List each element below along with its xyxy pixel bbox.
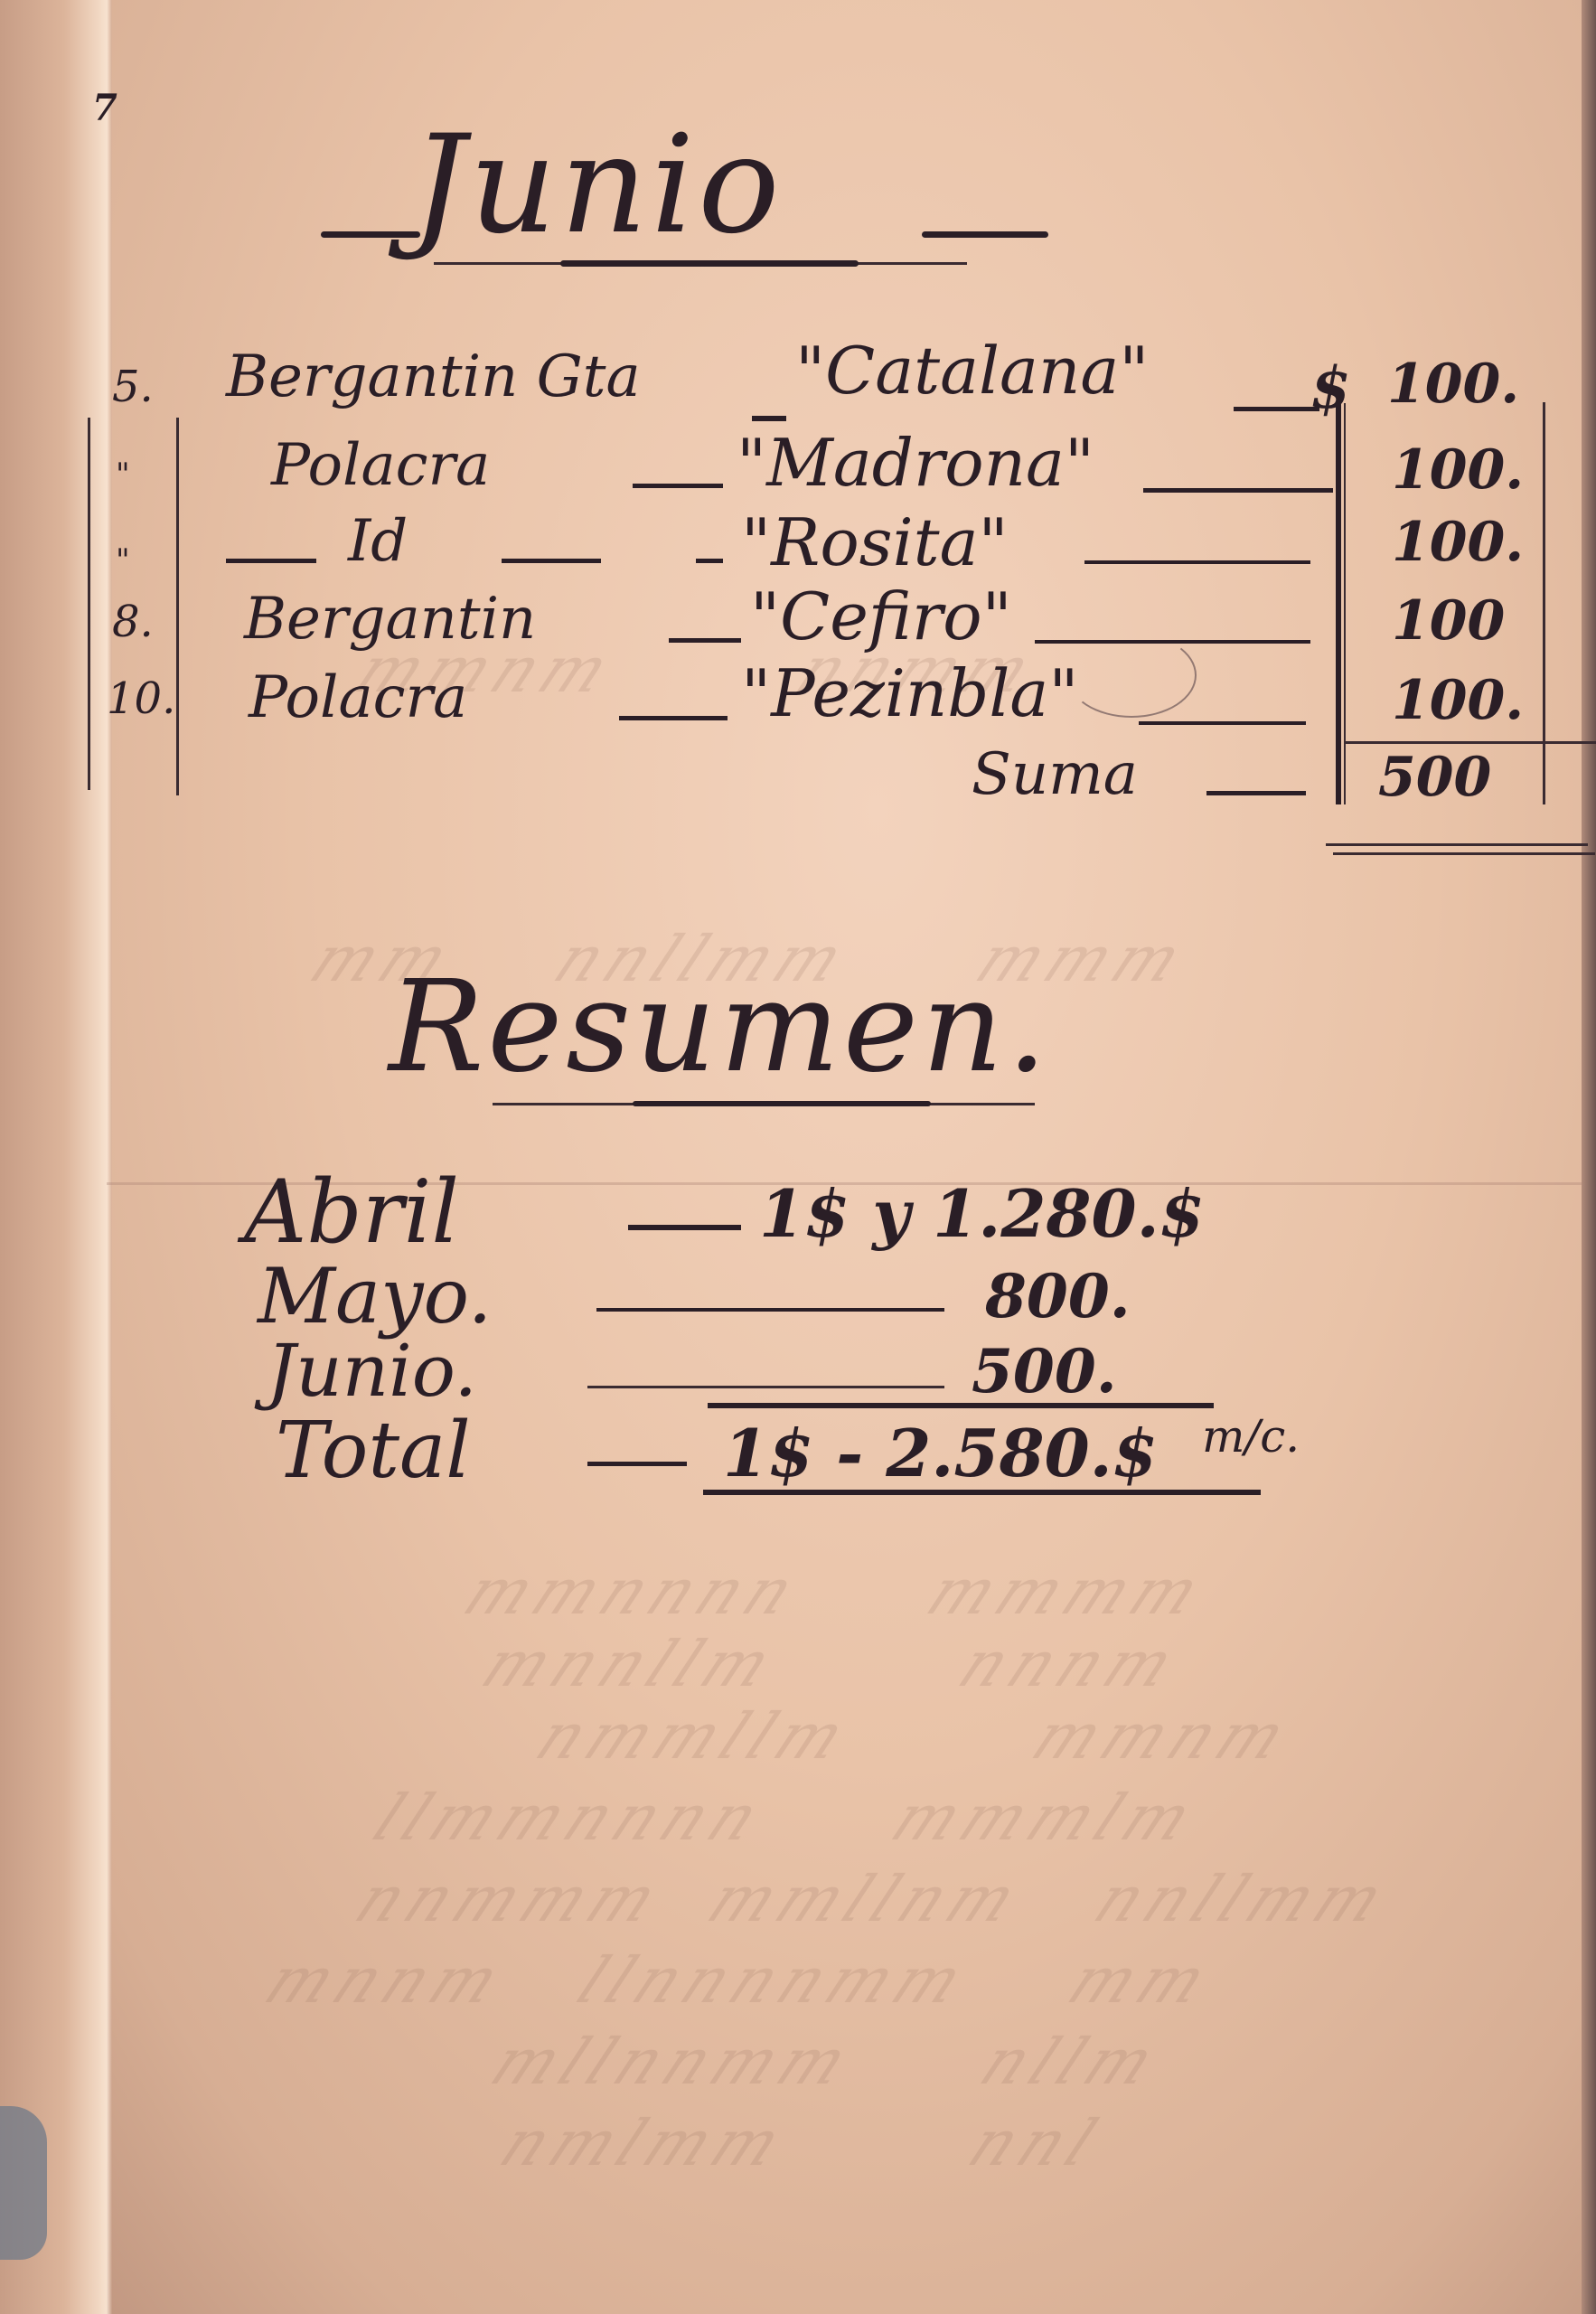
sum-leader-line [1206, 791, 1306, 795]
amount-column-rule-left [1336, 403, 1341, 804]
vertical-fold [107, 0, 112, 2314]
summary-leader-line [628, 1225, 741, 1230]
title-dash-right [922, 231, 1048, 238]
vessel-name: "Catalana" [795, 333, 1149, 409]
bleed-through-text: nmmllm mmnm [525, 1699, 1305, 1773]
row-leader-line [1084, 560, 1310, 564]
sum-value: 500 [1378, 746, 1491, 809]
row-dash [226, 559, 316, 563]
bleed-through-text: mllnnmm nllm [480, 2025, 1174, 2099]
vessel-type: Polacra [271, 432, 490, 499]
total-value: 1$ - 2.580.$ [723, 1415, 1158, 1491]
document-page: mmnnnn mmmm mnnllm nnnm nmmllm mmnm llmm… [0, 0, 1596, 2314]
double-underline-top [1326, 843, 1588, 846]
vessel-name: "Cefiro" [750, 578, 1012, 654]
title-dash-left [321, 231, 420, 238]
vessel-name: "Rosita" [741, 504, 1009, 580]
amount: 100. [1392, 438, 1524, 502]
vessel-type: Polacra [249, 664, 467, 731]
vessel-type: Bergantin [244, 586, 536, 653]
row-leader-line [1234, 407, 1319, 411]
summary-value: 1$ y 1.280.$ [759, 1175, 1205, 1252]
sum-label: Suma [972, 741, 1138, 808]
double-underline-bottom [1333, 852, 1595, 855]
row-dash [633, 484, 723, 488]
summary-value: 500. [972, 1336, 1117, 1406]
resumen-underline [633, 1101, 931, 1106]
row-dash [502, 559, 601, 563]
bleed-through-text: mmnnnn mmmm [453, 1555, 1219, 1629]
bleed-through-text: mnnm llnnnnmm mm [254, 1943, 1226, 2018]
day-ditto: " [116, 542, 130, 578]
day-number: 10. [107, 673, 175, 724]
corner-mark: 7 [92, 87, 117, 123]
amount-column-rule-right [1543, 402, 1545, 804]
row-dash [696, 559, 723, 563]
bleed-through-text: mnnllm nnnm [471, 1627, 1193, 1701]
amount: 100. [1387, 353, 1519, 416]
amount-column-rule-left-inner [1344, 403, 1346, 804]
junio-title: Junio [411, 107, 784, 264]
day-ditto: " [116, 456, 130, 493]
bleed-through-text: llmmnnnn mmmlm [362, 1781, 1211, 1855]
total-box-top [708, 1403, 1214, 1408]
vessel-name: "Madrona" [737, 425, 1094, 501]
summary-month: Mayo. [258, 1252, 492, 1340]
page-right-edge [1582, 0, 1596, 2314]
total-leader-line [587, 1462, 687, 1466]
amount: 100 [1392, 589, 1505, 653]
flourish-swash [1066, 633, 1197, 718]
margin-line-right [176, 418, 179, 795]
summary-leader-line [587, 1386, 944, 1388]
row-dash [752, 416, 786, 421]
row-dash [669, 638, 741, 643]
summary-value: 800. [985, 1261, 1131, 1331]
total-box-bottom [703, 1490, 1261, 1495]
amount: 100. [1392, 669, 1524, 732]
summary-month: Abril [244, 1162, 459, 1263]
vessel-type: Bergantin Gta [226, 343, 641, 410]
margin-line-left [88, 418, 90, 790]
bleed-through-text: nmlmm nnl [489, 2106, 1115, 2180]
binding-strip [0, 0, 107, 2314]
summary-leader-line [596, 1308, 944, 1312]
row-dash [619, 716, 728, 720]
resumen-title: Resumen. [389, 954, 1051, 1101]
sum-rule [1346, 741, 1596, 744]
amount: 100. [1392, 511, 1524, 574]
total-label: Total [276, 1406, 471, 1496]
row-leader-line [1139, 721, 1306, 725]
title-underline [560, 260, 859, 267]
vessel-name: "Pezinbla" [741, 655, 1078, 731]
vessel-type: Id [348, 508, 408, 575]
row-leader-line [1143, 488, 1333, 493]
total-suffix: m/c. [1202, 1410, 1300, 1463]
summary-month: Junio. [267, 1329, 477, 1413]
day-number: 8. [112, 597, 154, 647]
day-number: 5. [112, 362, 154, 412]
blue-stain [0, 2106, 47, 2260]
bleed-through-text: nnmmm mmllnm nnllmm [344, 1862, 1403, 1936]
